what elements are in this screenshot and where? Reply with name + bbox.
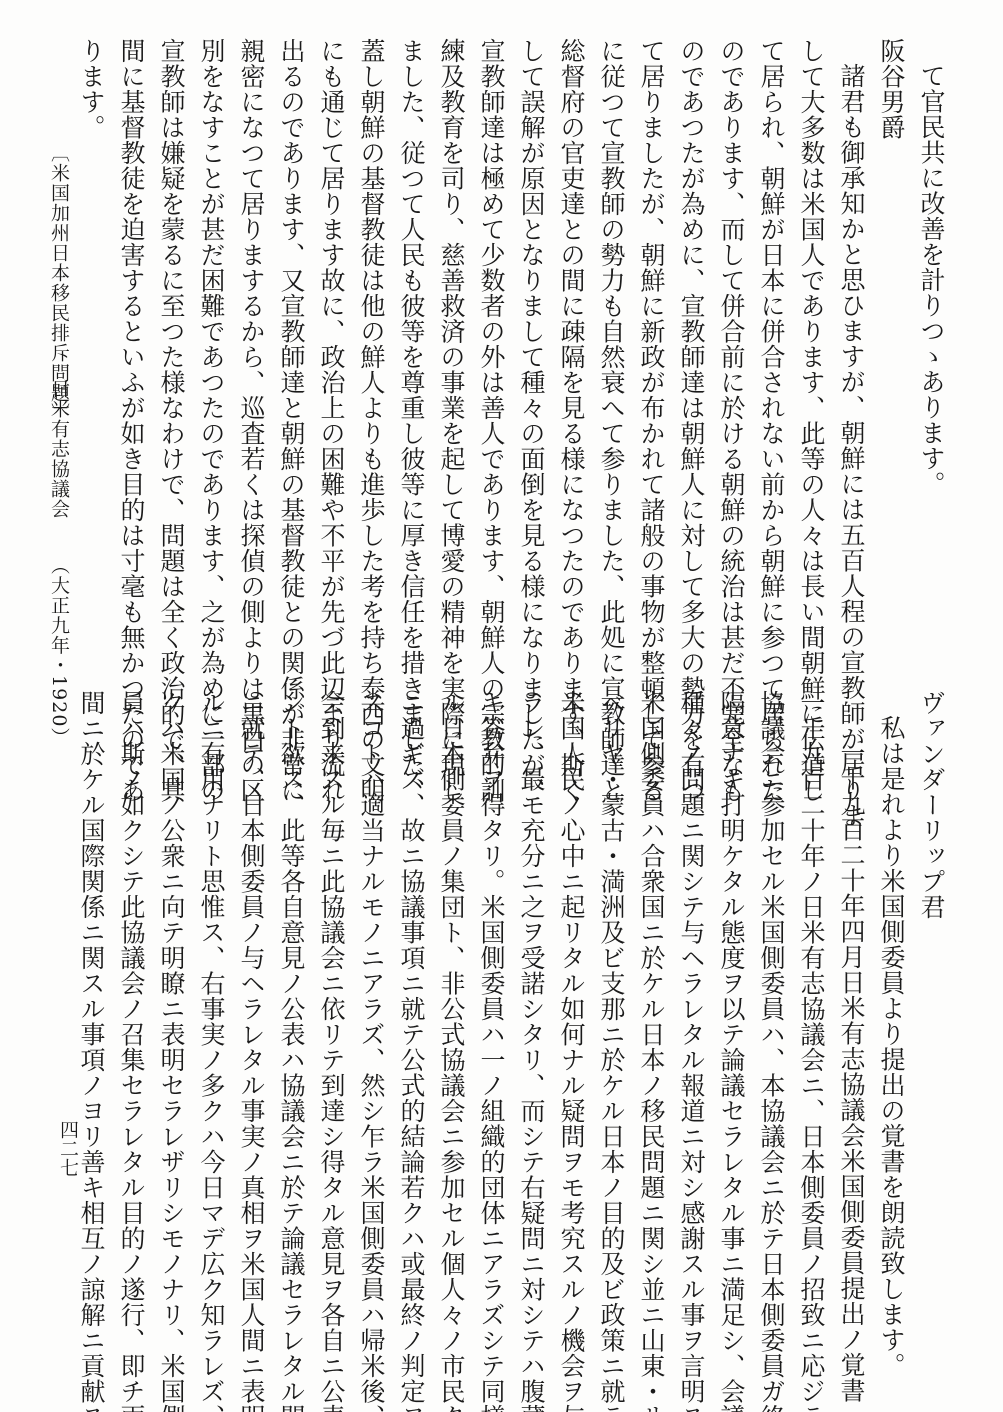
- text-column: 員ハ斯ノ如クシテ此協議会ノ召集セラレタル目的ノ遂行、即チ両国: [111, 690, 151, 1310]
- text-column: に従つて宣教師の勢力も自然衰へて参りました、此処に宣教師達と: [591, 38, 631, 638]
- text-column: クハ米国ノ公衆ニ向テ明瞭ニ表明セラレザリシモノナリ、米国側委: [151, 690, 191, 1310]
- text-column: 宣教師達は極めて少数者の外は善人であります、朝鮮人の宗教的訓: [471, 38, 511, 638]
- text-column: 出るのであります、又宣教師達と朝鮮の基督教徒との関係が非常に: [271, 38, 311, 638]
- text-column: のであつたが為めに、宣教師達は朝鮮人に対して多大の勢力を有つ: [671, 38, 711, 638]
- speaker-name: 阪谷男爵: [871, 38, 911, 638]
- text-column: にも通じて居ります故に、政治上の困難や不平が先づ此辺より流れ: [311, 38, 351, 638]
- top-text-block: て官民共に改善を計りつゝあります。 阪谷男爵 諸君も御承知かと思ひますが、朝鮮に…: [71, 38, 951, 638]
- text-column: ニ就テ、日本側委員ノ与ヘラレタル事実ノ真相ヲ米国人間ニ表明ス: [231, 690, 271, 1310]
- text-column: 米国人民ノ心中ニ起リタル如何ナル疑問ヲモ考究スルノ機会ヲ与ヘ: [551, 690, 591, 1310]
- text-column: スコトハ適当ナルモノニアラズ、然シ乍ラ米国側委員ハ帰米後、機: [351, 690, 391, 1310]
- text-column: ニ過ギズ、故ニ協議事項ニ就テ公式的結論若クハ或最終ノ判定ヲ下: [391, 690, 431, 1310]
- text-column: のであります、而して併合前に於ける朝鮮の統治は甚だ不完全なも: [711, 38, 751, 638]
- text-column: 宣教師は嫌疑を蒙るに至つた様なわけで、問題は全く政治的で、其: [151, 38, 191, 638]
- text-column: ました、従つて人民も彼等を尊重し彼等に厚き信任を措きました、: [391, 38, 431, 638]
- text-column: 練及教育を司り、慈善救済の事業を起して博愛の精神を実際に現し: [431, 38, 471, 638]
- bottom-text-block: ヴァンダーリップ君 私は是れより米国側委員より提出の覚書を朗読致します。 一千九…: [71, 690, 951, 1310]
- speaker-name: ヴァンダーリップ君: [911, 690, 951, 1310]
- text-column: して大多数は米国人であります、此等の人々は長い間朝鮮に伝道し: [791, 38, 831, 638]
- text-column: 会到来スル毎ニ此協議会ニ依リテ到達シ得タル意見ヲ各自ニ公表セ: [311, 690, 351, 1310]
- text-column: 蓋し朝鮮の基督教徒は他の鮮人よりも進歩した考を持ち泰西の文明: [351, 38, 391, 638]
- text-column: ルニ有用ナリト思惟ス、右事実ノ多クハ今日マデ広ク知ラレズ、若: [191, 690, 231, 1310]
- text-column: て官民共に改善を計りつゝあります。: [911, 38, 951, 638]
- text-column: ント欲ス、此等各自意見ノ公表ハ協議会ニ於テ論議セラレタル問題: [271, 690, 311, 1310]
- text-column: 諸君も御承知かと思ひますが、朝鮮には五百人程の宣教師が居りま: [831, 38, 871, 638]
- text-column: て居りましたが、朝鮮に新政が布かれて諸般の事物が整頓して参る: [631, 38, 671, 638]
- text-column: 隔意ナキ打明ケタル態度ヲ以テ論議セラレタル事ニ満足シ、会議中: [711, 690, 751, 1310]
- text-column: 親密になつて居りまするから、巡査若くは探偵の側よりは黒白の区: [231, 38, 271, 638]
- text-column: ります。: [71, 38, 111, 638]
- publisher: 日米有志協議会: [48, 379, 70, 519]
- memorandum-title: 一千九百二十年四月日米有志協議会米国側委員提出ノ覚書: [831, 690, 871, 1310]
- text-column: 協議会ニ参加セル米国側委員ハ、本協議会ニ於テ日本側委員ガ終始: [751, 690, 791, 1310]
- text-column: 私は是れより米国側委員より提出の覚書を朗読致します。: [871, 690, 911, 1310]
- text-column: ベリヤ・蒙古・満洲及ビ支那ニ於ケル日本ノ目的及ビ政策ニ就テ、: [591, 690, 631, 1310]
- text-column: ル日本側委員ノ集団ト、非公式協議会ニ参加セル個人々ノ市民タル: [431, 690, 471, 1310]
- publisher-date: 日米有志協議会 （大正九年・1920）: [46, 379, 73, 747]
- publication-date: （大正九年・1920）: [48, 555, 70, 747]
- text-column: 米国側委員ハ合衆国ニ於ケル日本ノ移民問題ニ関シ並ニ山東・サイ: [631, 690, 671, 1310]
- text-column: 一千九百二十年ノ日米有志協議会ニ、日本側委員ノ招致ニ応ジテ本: [791, 690, 831, 1310]
- text-column: 間に基督教徒を迫害するといふが如き目的は寸毫も無かつたのであ: [111, 38, 151, 638]
- text-column: 総督府の官吏達との間に疎隔を見る様になつたのであります、斯く: [551, 38, 591, 638]
- text-column: て居られ、朝鮮が日本に併合されない前から朝鮮に参つて居られた: [751, 38, 791, 638]
- page-number: 四二七: [55, 1120, 82, 1177]
- text-column: して誤解が原因となりまして種々の面倒を見る様になりましたが、: [511, 38, 551, 638]
- text-column: ラレ、最モ充分ニ之ヲ受諾シタリ、而シテ右疑問ニ対シテハ腹蔵ナ: [511, 690, 551, 1310]
- text-column: 別をなすことが甚だ困難であつたのであります、之が為めに一部の: [191, 38, 231, 638]
- text-column: キ答弁ヲ得タリ。米国側委員ハ一ノ組織的団体ニアラズシテ同様ナ: [471, 690, 511, 1310]
- text-column: 間ニ於ケル国際関係ニ関スル事項ノヨリ善キ相互ノ諒解ニ貢献スル: [71, 690, 111, 1310]
- text-column: 種々ノ問題ニ関シテ与ヘラレタル報道ニ対シ感謝スル事ヲ言明ス、: [671, 690, 711, 1310]
